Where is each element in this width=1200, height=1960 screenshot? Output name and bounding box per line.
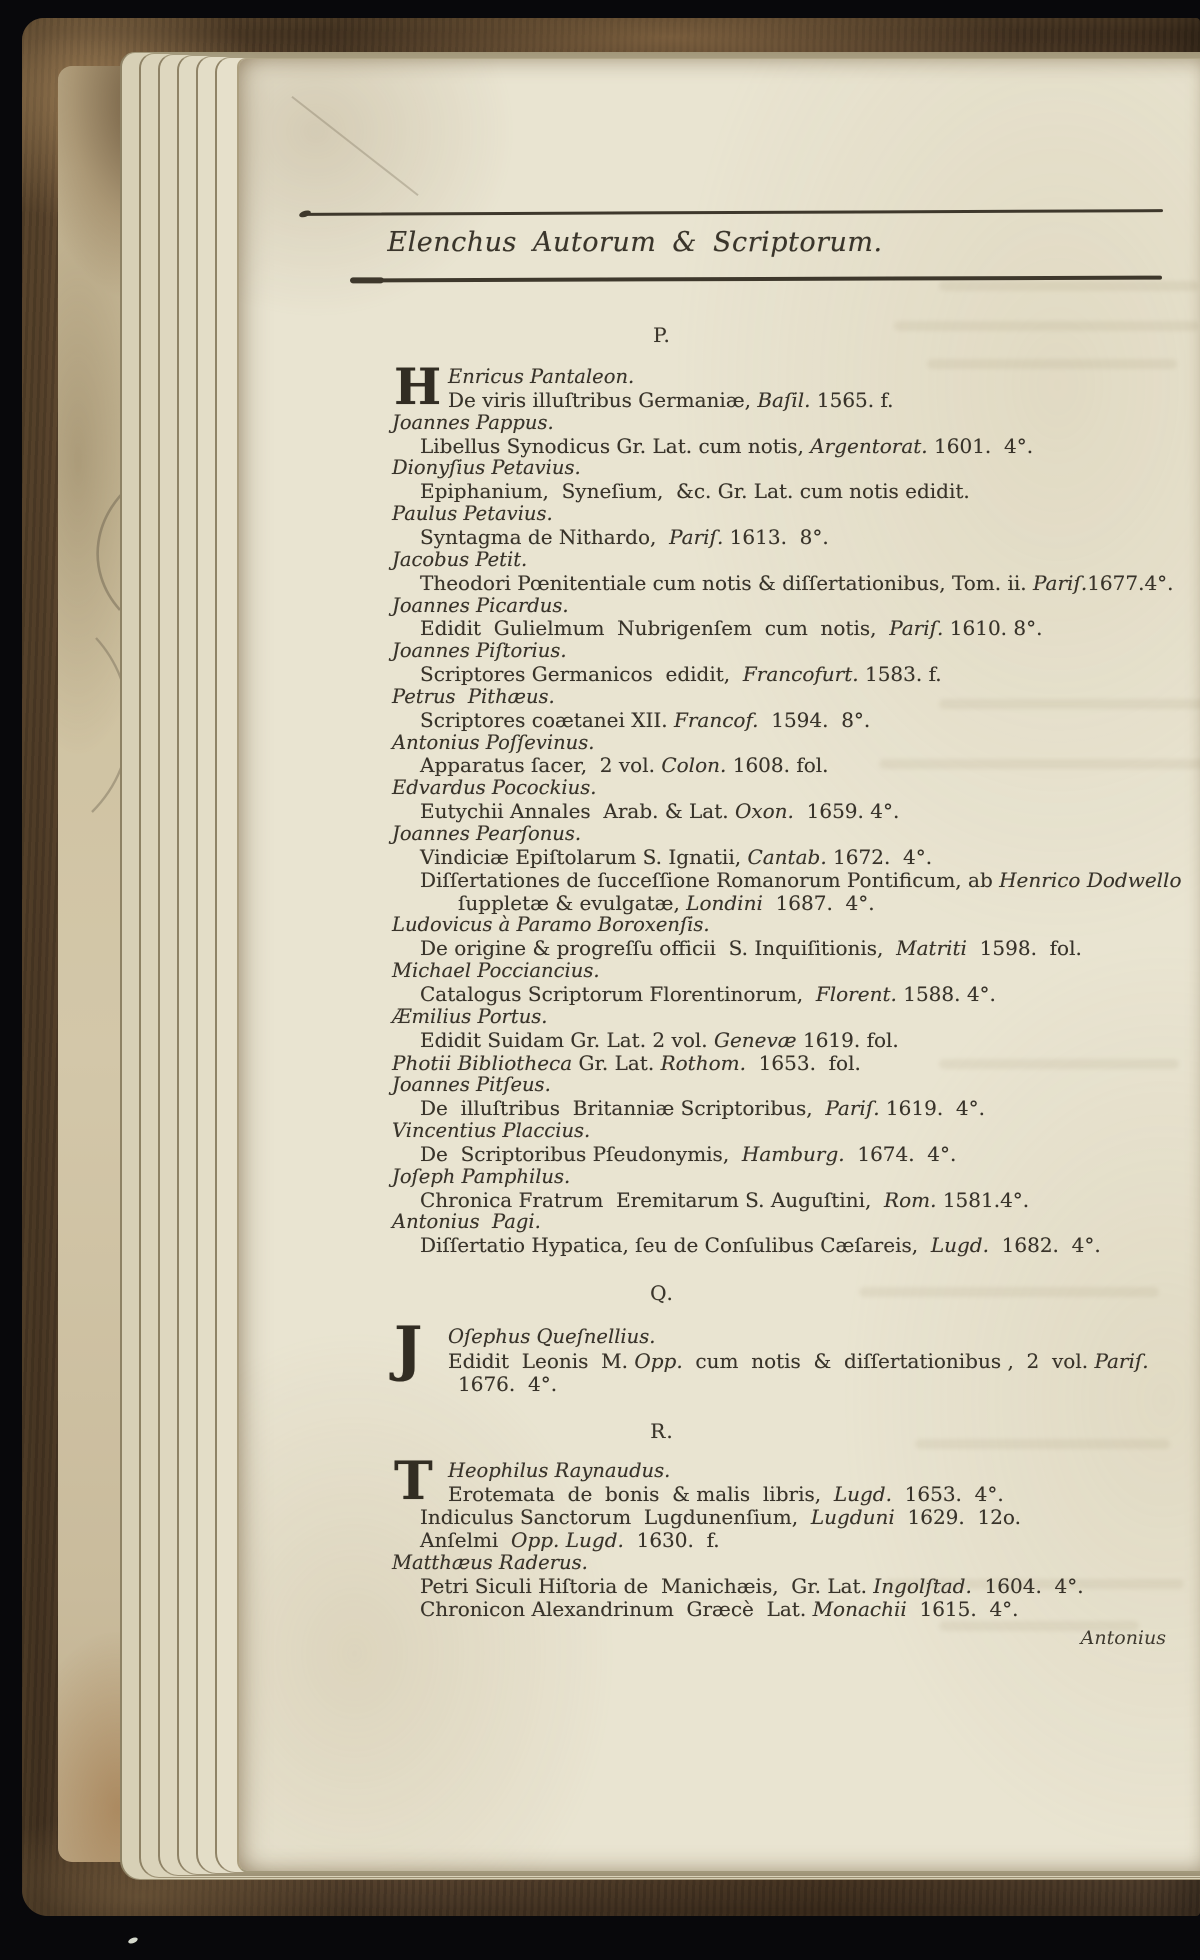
roman-text: 1676. 4°. [458, 1372, 557, 1396]
italic-text: Antonius Poſſevinus. [392, 731, 594, 754]
title-line: Erotemata de bonis & malis libris, Lugd.… [392, 1482, 1004, 1506]
roman-text: 1677.4°. [1087, 571, 1173, 595]
italic-text: Photii Bibliotheca [392, 1051, 572, 1075]
title-line: Photii Bibliotheca Gr. Lat. Rothom. 1653… [392, 1051, 861, 1075]
roman-text: 1630. f. [624, 1528, 720, 1552]
italic-text: Oxon. [735, 799, 794, 823]
author-line: Edvardus Pocockius. [392, 776, 596, 800]
title-line: Epiphanium, Syneſium, &c. Gr. Lat. cum n… [392, 479, 970, 503]
author-line: HEnricus Pantaleon. [392, 365, 634, 389]
roman-text: Syntagma de Nithardo, [420, 525, 669, 549]
italic-text: Lugd. [834, 1482, 892, 1506]
italic-text: Ingolſtad. [873, 1574, 972, 1598]
roman-text: 1615. 4°. [907, 1597, 1019, 1621]
author-line: JOſephus Queſnellius. [392, 1325, 655, 1349]
author-line: Antonius Poſſevinus. [392, 731, 594, 755]
roman-text: 1653. fol. [746, 1051, 861, 1075]
title-line: Syntagma de Nithardo, Pariſ. 1613. 8°. [392, 525, 829, 549]
roman-text: Edidit Gulielmum Nubrigenſem cum notis, [420, 616, 889, 640]
roman-text: Edidit Leonis M. [448, 1349, 634, 1373]
italic-text: Petrus Pithæus. [392, 685, 555, 708]
roman-text: Scriptores Germanicos edidit, [420, 662, 743, 686]
roman-text: Diſſertatio Hypatica, ſeu de Conſulibus … [420, 1233, 931, 1257]
italic-text: Baſil. [757, 388, 810, 412]
title-line: Edidit Gulielmum Nubrigenſem cum notis, … [392, 616, 1042, 640]
italic-text: Ludovicus à Paramo Boroxenſis. [392, 913, 710, 936]
italic-text: Oſephus Queſnellius. [448, 1325, 655, 1348]
section-Q: Q.JOſephus Queſnellius.Edidit Leonis M. … [392, 59, 1192, 1871]
roman-text: 1629. 12o. [895, 1505, 1021, 1529]
roman-text: 1565. f. [811, 388, 894, 412]
italic-text: Enricus Pantaleon. [448, 365, 634, 388]
title-line: De illuſtribus Britanniæ Scriptoribus, P… [392, 1096, 985, 1120]
roman-text: Anſelmi [420, 1528, 511, 1552]
roman-text: 1604. 4°. [972, 1574, 1084, 1598]
roman-text: Diſſertationes de ſucceſſione Romanorum … [420, 868, 999, 892]
roman-text: De viris illuſtribus Germaniæ, [448, 388, 757, 412]
title-line: Catalogus Scriptorum Florentinorum, Flor… [392, 982, 996, 1006]
italic-text: Pariſ. [825, 1096, 879, 1120]
italic-text: Michael Pocciancius. [392, 959, 600, 982]
italic-text: Pariſ. [1094, 1349, 1148, 1373]
roman-text: 1682. 4°. [989, 1233, 1101, 1257]
roman-text: 1598. fol. [967, 936, 1082, 960]
italic-text: Lugd. [931, 1233, 989, 1257]
author-line: Joannes Picardus. [392, 594, 569, 618]
roman-text: 1659. 4°. [794, 799, 899, 823]
title-line: De origine & progreſſu officii S. Inquiſ… [392, 936, 1082, 960]
section-R: R.THeophilus Raynaudus.Erotemata de boni… [392, 59, 1192, 1871]
roman-text: 1674. 4°. [845, 1142, 957, 1166]
title-line: De viris illuſtribus Germaniæ, Baſil. 15… [392, 388, 894, 412]
drop-cap-initial: H [394, 362, 439, 412]
catchword: Antonius [1081, 1627, 1166, 1649]
italic-text: Jacobus Petit. [392, 548, 527, 571]
italic-text: Antonius Pagi. [392, 1210, 541, 1233]
roman-text: De origine & progreſſu officii S. Inquiſ… [420, 936, 896, 960]
title-line: Scriptores Germanicos edidit, Francofurt… [392, 662, 942, 686]
title-line: Edidit Leonis M. Opp. cum notis & diſſer… [392, 1349, 1149, 1373]
italic-text: Matthæus Raderus. [392, 1551, 588, 1574]
continuation-line: 1676. 4°. [392, 1372, 557, 1396]
italic-text: Joannes Pappus. [392, 411, 554, 434]
italic-text: Pariſ. [889, 616, 943, 640]
italic-text: Pariſ. [669, 525, 723, 549]
dust-speck [127, 1936, 138, 1944]
italic-text: Colon. [661, 753, 726, 777]
roman-text: Gr. Lat. [572, 1051, 660, 1075]
roman-text: Epiphanium, Syneſium, &c. Gr. Lat. cum n… [420, 479, 970, 503]
roman-text: Libellus Synodicus Gr. Lat. cum notis, [420, 434, 810, 458]
title-line: Vindiciæ Epiſtolarum S. Ignatii, Cantab.… [392, 845, 932, 869]
book-photograph: Elenchus Autorum & Scriptorum. P.HEnricu… [0, 0, 1200, 1960]
title-line: Scriptores coætanei XII. Francof. 1594. … [392, 708, 870, 732]
italic-text: Florent. [816, 982, 897, 1006]
italic-text: Argentorat. [810, 434, 927, 458]
title-line: Apparatus ſacer, 2 vol. Colon. 1608. fol… [392, 753, 829, 777]
italic-text: Opp. Lugd. [511, 1528, 624, 1552]
roman-text: 1588. 4°. [897, 982, 996, 1006]
author-line: Matthæus Raderus. [392, 1551, 588, 1575]
roman-text: Chronica Fratrum Eremitarum S. Auguſtini… [420, 1188, 884, 1212]
italic-text: Francof. [674, 708, 759, 732]
roman-text: 1619. fol. [797, 1028, 899, 1052]
title-line: Diſſertationes de ſucceſſione Romanorum … [392, 868, 1182, 892]
italic-text: Pariſ. [1033, 571, 1087, 595]
title-line: Petri Siculi Hiſtoria de Manichæis, Gr. … [392, 1574, 1084, 1598]
italic-text: Lugduni [811, 1505, 895, 1529]
drop-cap-initial: J [394, 1319, 422, 1379]
italic-text: Francofurt. [743, 662, 859, 686]
title-line: Indiculus Sanctorum Lugdunenſium, Lugdun… [392, 1505, 1021, 1529]
author-line: Petrus Pithæus. [392, 685, 555, 709]
italic-text: Joannes Picardus. [392, 594, 569, 617]
italic-text: Æmilius Portus. [392, 1005, 547, 1028]
title-line: Diſſertatio Hypatica, ſeu de Conſulibus … [392, 1233, 1101, 1257]
roman-text: Theodori Pœnitentiale cum notis & diſſer… [420, 571, 1033, 595]
italic-text: Hamburg. [742, 1142, 845, 1166]
roman-text: 1583. f. [859, 662, 942, 686]
author-line: Joannes Pitſeus. [392, 1073, 551, 1097]
title-line: Chronicon Alexandrinum Græcè Lat. Monach… [392, 1597, 1019, 1621]
author-line: Joannes Pearſonus. [392, 822, 581, 846]
roman-text: De illuſtribus Britanniæ Scriptoribus, [420, 1096, 825, 1120]
title-line: Chronica Fratrum Eremitarum S. Auguſtini… [392, 1188, 1029, 1212]
roman-text: 1610. 8°. [943, 616, 1042, 640]
italic-text: Matriti [896, 936, 967, 960]
roman-text: Indiculus Sanctorum Lugdunenſium, [420, 1505, 811, 1529]
title-line: De Scriptoribus Pſeudonymis, Hamburg. 16… [392, 1142, 956, 1166]
roman-text: 1581.4°. [936, 1188, 1029, 1212]
italic-text: Henrico Dodwello [999, 868, 1181, 892]
roman-text: 1687. 4°. [763, 891, 875, 915]
italic-text: Paulus Petavius. [392, 502, 553, 525]
italic-text: Dionyſius Petavius. [392, 456, 581, 479]
author-line: Joannes Piſtorius. [392, 639, 567, 663]
author-line: Paulus Petavius. [392, 502, 553, 526]
roman-text: Petri Siculi Hiſtoria de Manichæis, Gr. … [420, 1574, 873, 1598]
italic-text: Monachii [813, 1597, 907, 1621]
roman-text: 1653. 4°. [892, 1482, 1004, 1506]
author-line: Vincentius Placcius. [392, 1119, 590, 1143]
italic-text: Edvardus Pocockius. [392, 776, 596, 799]
roman-text: 1619. 4°. [880, 1096, 985, 1120]
drop-cap-initial: T [394, 1456, 433, 1508]
author-line: Dionyſius Petavius. [392, 456, 581, 480]
title-line: Libellus Synodicus Gr. Lat. cum notis, A… [392, 434, 1033, 458]
author-line: Jacobus Petit. [392, 548, 527, 572]
roman-text: Edidit Suidam Gr. Lat. 2 vol. [420, 1028, 714, 1052]
roman-text: Scriptores coætanei XII. [420, 708, 674, 732]
roman-text: 1613. 8°. [723, 525, 828, 549]
italic-text: Joannes Pitſeus. [392, 1073, 551, 1096]
section-heading: R. [392, 1419, 932, 1443]
italic-text: Joſeph Pamphilus. [392, 1165, 570, 1188]
italic-text: Joannes Piſtorius. [392, 639, 567, 662]
author-line: Michael Pocciancius. [392, 959, 600, 983]
author-line: Ludovicus à Paramo Boroxenſis. [392, 913, 710, 937]
author-line: Æmilius Portus. [392, 1005, 547, 1029]
roman-text: De Scriptoribus Pſeudonymis, [420, 1142, 742, 1166]
roman-text: Eutychii Annales Arab. & Lat. [420, 799, 735, 823]
author-line: THeophilus Raynaudus. [392, 1459, 670, 1483]
roman-text: 1594. 8°. [759, 708, 871, 732]
roman-text: Apparatus ſacer, 2 vol. [420, 753, 661, 777]
italic-text: Heophilus Raynaudus. [448, 1459, 670, 1482]
section-P: P.HEnricus Pantaleon.De viris illuſtribu… [392, 59, 1192, 1871]
roman-text: Vindiciæ Epiſtolarum S. Ignatii, [420, 845, 747, 869]
title-line: Eutychii Annales Arab. & Lat. Oxon. 1659… [392, 799, 899, 823]
section-heading: Q. [392, 1281, 932, 1305]
roman-text: Erotemata de bonis & malis libris, [448, 1482, 834, 1506]
italic-text: Opp. [634, 1349, 682, 1373]
italic-text: Genevæ [714, 1028, 797, 1052]
author-line: Antonius Pagi. [392, 1210, 541, 1234]
title-line: Theodori Pœnitentiale cum notis & diſſer… [392, 571, 1174, 595]
section-heading: P. [392, 323, 932, 347]
italic-text: Vincentius Placcius. [392, 1119, 590, 1142]
italic-text: Rothom. [661, 1051, 746, 1075]
roman-text: ſuppletæ & evulgatæ, [458, 891, 686, 915]
title-line: Edidit Suidam Gr. Lat. 2 vol. Genevæ 161… [392, 1028, 899, 1052]
roman-text: Chronicon Alexandrinum Græcè Lat. [420, 1597, 813, 1621]
roman-text: 1672. 4°. [827, 845, 932, 869]
author-line: Joſeph Pamphilus. [392, 1165, 570, 1189]
roman-text: Catalogus Scriptorum Florentinorum, [420, 982, 816, 1006]
author-line: Joannes Pappus. [392, 411, 554, 435]
italic-text: Londini [686, 891, 763, 915]
italic-text: Joannes Pearſonus. [392, 822, 581, 845]
roman-text: 1608. fol. [726, 753, 828, 777]
italic-text: Cantab. [747, 845, 826, 869]
continuation-line: ſuppletæ & evulgatæ, Londini 1687. 4°. [392, 891, 875, 915]
title-line: Anſelmi Opp. Lugd. 1630. f. [392, 1528, 720, 1552]
roman-text: cum notis & diſſertationibus , 2 vol. [683, 1349, 1095, 1373]
text-column: P.HEnricus Pantaleon.De viris illuſtribu… [392, 59, 1192, 1871]
book-page: Elenchus Autorum & Scriptorum. P.HEnricu… [237, 58, 1200, 1873]
roman-text: 1601. 4°. [928, 434, 1033, 458]
italic-text: Rom. [884, 1188, 936, 1212]
